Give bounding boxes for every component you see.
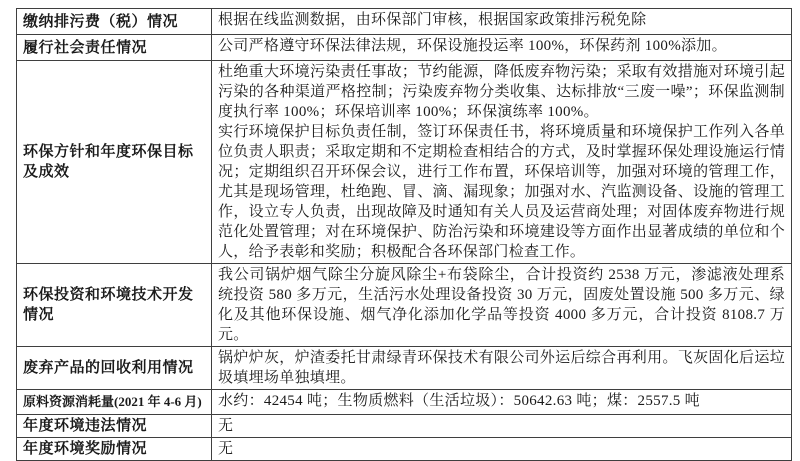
content-waste-recycling: 锅炉炉灰，炉渣委托甘肃绿青环保技术有限公司外运后综合再利用。飞灰固化后运垃圾填埋… bbox=[212, 347, 792, 390]
policy-goals-paragraph-1: 杜绝重大环境污染责任事故；节约能源，降低废弃物污染；采取有效措施对环境引起污染的… bbox=[218, 62, 785, 122]
table-row: 废弃产品的回收利用情况 锅炉炉灰，炉渣委托甘肃绿青环保技术有限公司外运后综合再利… bbox=[17, 347, 792, 390]
table-row: 缴纳排污费（税）情况 根据在线监测数据，由环保部门审核，根据国家政策排污税免除 bbox=[17, 9, 792, 35]
content-policy-goals: 杜绝重大环境污染责任事故；节约能源，降低废弃物污染；采取有效措施对环境引起污染的… bbox=[212, 61, 792, 264]
content-annual-awards: 无 bbox=[212, 438, 792, 461]
label-policy-goals: 环保方针和年度环保目标及成效 bbox=[17, 61, 212, 264]
content-social-responsibility: 公司严格遵守环保法律法规，环保设施投运率 100%，环保药剂 100%添加。 bbox=[212, 35, 792, 61]
table-row: 环保方针和年度环保目标及成效 杜绝重大环境污染责任事故；节约能源，降低废弃物污染… bbox=[17, 61, 792, 264]
environment-report-table: 缴纳排污费（税）情况 根据在线监测数据，由环保部门审核，根据国家政策排污税免除 … bbox=[16, 8, 792, 461]
label-raw-material-consumption: 原料资源消耗量(2021 年 4-6 月) bbox=[17, 390, 212, 415]
label-sewage-fee-payment: 缴纳排污费（税）情况 bbox=[17, 9, 212, 35]
label-annual-awards: 年度环境奖励情况 bbox=[17, 438, 212, 461]
table-row: 原料资源消耗量(2021 年 4-6 月) 水约：42454 吨；生物质燃料（生… bbox=[17, 390, 792, 415]
content-sewage-fee-payment: 根据在线监测数据，由环保部门审核，根据国家政策排污税免除 bbox=[212, 9, 792, 35]
label-social-responsibility: 履行社会责任情况 bbox=[17, 35, 212, 61]
content-investment-tech: 我公司锅炉烟气除尘分旋风除尘+布袋除尘，合计投资约 2538 万元，渗滤液处理系… bbox=[212, 264, 792, 347]
label-annual-violations: 年度环境违法情况 bbox=[17, 415, 212, 438]
label-waste-recycling: 废弃产品的回收利用情况 bbox=[17, 347, 212, 390]
label-investment-tech: 环保投资和环境技术开发情况 bbox=[17, 264, 212, 347]
table-row: 履行社会责任情况 公司严格遵守环保法律法规，环保设施投运率 100%，环保药剂 … bbox=[17, 35, 792, 61]
table-row: 环保投资和环境技术开发情况 我公司锅炉烟气除尘分旋风除尘+布袋除尘，合计投资约 … bbox=[17, 264, 792, 347]
policy-goals-paragraph-2: 实行环境保护目标负责任制，签订环保责任书，将环境质量和环境保护工作列入各单位负责… bbox=[218, 122, 785, 262]
table-row: 年度环境违法情况 无 bbox=[17, 415, 792, 438]
content-raw-material-consumption: 水约：42454 吨；生物质燃料（生活垃圾）：50642.63 吨；煤：2557… bbox=[212, 390, 792, 415]
content-annual-violations: 无 bbox=[212, 415, 792, 438]
table-row: 年度环境奖励情况 无 bbox=[17, 438, 792, 461]
